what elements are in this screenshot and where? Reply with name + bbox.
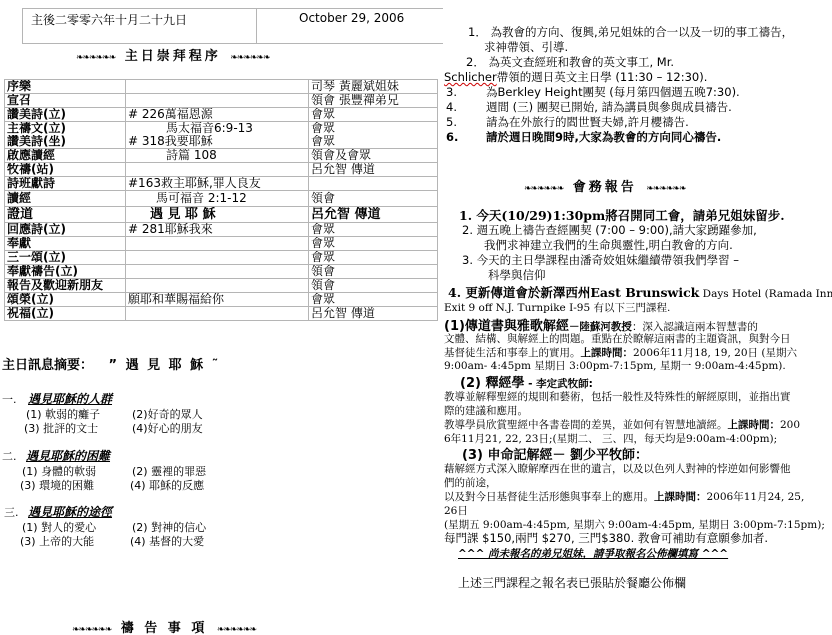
news-item-2: 2. 週五晚上禱告查經團契 (7:00 – 9:00),請大家踴躍參加, [462,222,757,238]
sermon-title: ” 遇 見 耶 穌 ˜ [109,358,221,373]
prayer-item-4: 4.週間 (三) 團契已開始, 請為講員與參與成員禱告. [446,99,732,115]
news-item-3: 3. 今天的主日學課程由潘奇姣姐妹繼續帶領我們學習 – [462,252,739,268]
sermon-point-1: 一. 遇見耶穌的人群 [2,390,112,407]
program-leader: 領會及會眾 [309,149,438,163]
program-leader: 會眾 [309,135,438,149]
worship-title: 主日崇拜程序 [125,49,221,64]
point-number: 一. [2,393,17,406]
course-2-desc: 際的建議和應用。 [444,403,528,418]
program-content: 詩篇 108 [126,149,309,163]
prayer-text: 週間 (三) 團契已開始, 請為講員與參與成員禱告. [486,100,732,114]
program-leader: 會眾 [309,108,438,122]
program-leader: 會眾 [309,293,438,307]
program-content: # 318我要耶穌 [126,135,309,149]
prayer-item-3: 3.為Berkley Height團契 (每月第四個週五晚7:30). [446,84,740,100]
program-content [126,80,309,94]
news-item-4-tail: Days Hotel (Ramada Inn), [699,288,832,300]
point-item: (4) 基督的大愛 [130,533,204,549]
program-leader: 會眾 [309,251,438,265]
point-item: (3) 環境的困難 [20,477,94,493]
table-row: 三一頌(立) 會眾 [5,251,438,265]
course-2-desc: 教導並解釋聖經的規則和藝術，包括一般性及特殊性的解經原則，並指出實 [444,389,791,404]
course-3-days: 26日 [444,503,468,518]
table-row: 奉獻禱告(立) 領會 [5,265,438,279]
worship-program-table: 序樂 司琴 黃麗斌姐妹 宣召 領會 張豐禪弟兄 讚美詩(立) # 226萬福恩源… [4,79,438,321]
prayer-number: 4. [446,100,486,114]
ornament-right-icon: ❧❧❧❧❧❧ [646,184,685,194]
point-number: 三. [4,506,19,519]
registration-posted-note: 上述三門課程之報名表已張貼於餐廳公佈欄 [458,574,686,591]
prayer-text: 請為在外旅行的閻世賢夫婦,許月櫻禱告. [486,115,689,129]
course-time-value: 2006年11月24, 25, [707,491,805,503]
program-content [126,237,309,251]
program-leader: 會眾 [309,237,438,251]
program-item: 讀經 [5,191,126,207]
table-row: 序樂 司琴 黃麗斌姐妹 [5,80,438,94]
program-item: 詩班獻詩 [5,177,126,191]
program-content: 遇 見 耶 穌 [126,207,309,223]
prayer-number: 3. [446,85,486,99]
program-leader: 領會 張豐禪弟兄 [309,94,438,108]
program-content [126,94,309,108]
prayer-item-6: 6.請於週日晚間9時,大家為教會的方向同心禱告. [446,129,721,145]
point-heading: 遇見耶穌的人群 [28,392,112,406]
program-leader: 會眾 [309,122,438,136]
program-item: 回應詩(立) [5,223,126,237]
program-item: 主禱文(立) [5,122,126,136]
table-row: 詩班獻詩 #163救主耶穌,罪人良友 [5,177,438,191]
sermon-point-3: 三. 遇見耶穌的途徑 [4,503,112,520]
program-item: 奉獻禱告(立) [5,265,126,279]
prayer-number: 6. [446,130,486,144]
spellcheck-word: Schlicher [444,70,497,84]
program-content [126,265,309,279]
program-leader: 領會 [309,191,438,207]
sermon-point-2: 二. 遇見耶穌的困難 [2,447,110,464]
course-desc: 以及對今日基督徒生活形態與事奉上的應用。 [444,491,654,503]
news-item-3-cont: 科學與信仰 [488,267,546,283]
program-content: 馬可福音 2:1-12 [126,191,309,207]
ornament-right-icon: ❧❧❧❧❧❧ [217,625,256,635]
point-item: (4)好心的朋友 [132,420,203,436]
news-item-2-cont: 我們求神建立我們的生命與靈性,明白教會的方向. [484,237,733,253]
program-item: 報告及歡迎新朋友 [5,279,126,293]
prayer-item-1-cont: 求神帶領、引導. [484,39,568,55]
church-news-title: 會務報告 [573,180,637,195]
program-item: 宣召 [5,94,126,108]
course-1-schedule: 9:00am- 4:45pm 星期日 3:00pm-7:15pm, 星期一 9:… [444,358,786,373]
point-number: 二. [2,450,17,463]
date-divider [256,9,257,43]
program-item: 頌榮(立) [5,293,126,307]
program-item: 奉獻 [5,237,126,251]
program-content: # 226萬福恩源 [126,108,309,122]
point-item: (3) 批評的文士 [24,420,98,436]
table-row: 牧禱(站) 呂允智 傳道 [5,163,438,177]
program-item: 讚美詩(坐) [5,135,126,149]
program-item: 祝福(立) [5,307,126,321]
course-1-desc: 文體、結構、與解經上的問題。重點在於瞭解這兩書的主題資訊，與對今日 [444,331,791,346]
program-item: 啟應讀經 [5,149,126,163]
program-content: #163救主耶穌,罪人良友 [126,177,309,191]
program-leader: 司琴 黃麗斌姐妹 [309,80,438,94]
course-2-time: 教導學員欣賞聖經中各書卷間的差異，並如何有智慧地讀經。上課時間：200 [444,417,800,432]
date-header-box: 主後二零零六年十月二十九日 October 29, 2006 [22,8,443,44]
program-content: 馬太福音6:9-13 [126,122,309,136]
ornament-right-icon: ❧❧❧❧❧❧ [230,53,269,63]
course-fees: 每門課 $150,兩門 $270, 三門$380. 教會可補助有意願參加者. [444,530,768,546]
registration-reminder: ^^^ 尚未報名的弟兄姐妹，請爭取報名公佈欄填寫 ^^^ [458,546,728,561]
ornament-left-icon: ❧❧❧❧❧❧ [524,184,563,194]
prayer-item-2-cont: Schlicher帶領的週日英文主日學 (11:30 – 12:30). [444,69,707,85]
point-heading: 遇見耶穌的困難 [26,449,110,463]
sermon-label: 主日訊息摘要： [2,358,93,373]
news-item-4-line2: Exit 9 off N.J. Turnpike I-95 有以下三門課程. [444,300,670,315]
program-leader: 領會 [309,279,438,293]
prayer-item-5: 5.請為在外旅行的閻世賢夫婦,許月櫻禱告. [446,114,689,130]
prayer-text: 為英文查經班和教會的英文事工, Mr. [488,55,674,69]
table-row: 證道 遇 見 耶 穌 呂允智 傳道 [5,207,438,223]
date-english: October 29, 2006 [299,11,404,25]
point-item: (4) 耶穌的反應 [130,477,204,493]
program-leader: 呂允智 傳道 [309,307,438,321]
program-content [126,307,309,321]
course-time-label: 上課時間： [654,491,707,503]
table-row: 報告及歡迎新朋友 領會 [5,279,438,293]
table-row: 讚美詩(坐) # 318我要耶穌 會眾 [5,135,438,149]
program-item: 序樂 [5,80,126,94]
ornament-left-icon: ❧❧❧❧❧❧ [72,625,111,635]
table-row: 主禱文(立) 馬太福音6:9-13 會眾 [5,122,438,136]
program-content [126,163,309,177]
table-row: 祝福(立) 呂允智 傳道 [5,307,438,321]
prayer-number: 2． [466,55,485,69]
program-content: # 281耶穌我來 [126,223,309,237]
program-item: 證道 [5,207,126,223]
program-item: 讚美詩(立) [5,108,126,122]
course-time-label: 上課時間： [728,419,781,431]
program-leader [309,177,438,191]
table-row: 回應詩(立) # 281耶穌我來 會眾 [5,223,438,237]
prayer-number: 5. [446,115,486,129]
ornament-left-icon: ❧❧❧❧❧❧ [76,53,115,63]
prayer-text: 為教會的方向、復興,弟兄姐妹的合一以及一切的事工禱告， [490,25,793,39]
course-time-value: 200 [780,419,800,431]
course-3-desc: 藉解經方式深入瞭解摩西在世的遺言，以及以色列人對神的悖逆如何影響他 [444,461,791,476]
table-row: 讚美詩(立) # 226萬福恩源 會眾 [5,108,438,122]
table-row: 奉獻 會眾 [5,237,438,251]
program-content [126,279,309,293]
course-3-desc: 們的前途， [444,475,497,490]
news-item-4-head: 4. 更新傳道會於新澤西州East Brunswick [448,285,699,300]
program-item: 三一頌(立) [5,251,126,265]
point-heading: 遇見耶穌的途徑 [28,505,112,519]
program-content [126,251,309,265]
prayer-title: 禱 告 事 項 [121,621,208,635]
table-row: 啟應讀經 詩篇 108 領會及會眾 [5,149,438,163]
course-3-time: 以及對今日基督徒生活形態與事奉上的應用。上課時間：2006年11月24, 25, [444,489,804,504]
prayer-text: 請於週日晚間9時,大家為教會的方向同心禱告. [486,130,721,144]
table-row: 宣召 領會 張豐禪弟兄 [5,94,438,108]
program-leader: 會眾 [309,223,438,237]
prayer-heading: ❧❧❧❧❧❧ 禱 告 事 項 ❧❧❧❧❧❧ [72,617,256,635]
course-desc: 教導學員欣賞聖經中各書卷間的差異，並如何有智慧地讀經。 [444,419,728,431]
program-content: 願耶和華賜福給你 [126,293,309,307]
table-row: 頌榮(立) 願耶和華賜福給你 會眾 [5,293,438,307]
date-chinese: 主後二零零六年十月二十九日 [31,11,187,28]
program-leader: 領會 [309,265,438,279]
prayer-number: 1． [468,25,487,39]
program-item: 牧禱(站) [5,163,126,177]
point-item: (3) 上帝的大能 [20,533,94,549]
program-leader: 呂允智 傳道 [309,207,438,223]
table-row: 讀經 馬可福音 2:1-12 領會 [5,191,438,207]
prayer-item-1: 1． 為教會的方向、復興,弟兄姐妹的合一以及一切的事工禱告， [468,24,793,40]
church-news-heading: ❧❧❧❧❧❧ 會務報告 ❧❧❧❧❧❧ [524,176,686,195]
news-item-4: 4. 更新傳道會於新澤西州East Brunswick Days Hotel (… [448,283,832,301]
sermon-summary-heading: 主日訊息摘要： ” 遇 見 耶 穌 ˜ [2,354,220,373]
prayer-text: 帶領的週日英文主日學 (11:30 – 12:30). [497,70,708,84]
prayer-item-2: 2． 為英文查經班和教會的英文事工, Mr. [466,54,674,70]
prayer-text: 為Berkley Height團契 (每月第四個週五晚7:30). [486,85,740,99]
program-leader: 呂允智 傳道 [309,163,438,177]
worship-heading: ❧❧❧❧❧❧ 主日崇拜程序 ❧❧❧❧❧❧ [76,45,270,64]
